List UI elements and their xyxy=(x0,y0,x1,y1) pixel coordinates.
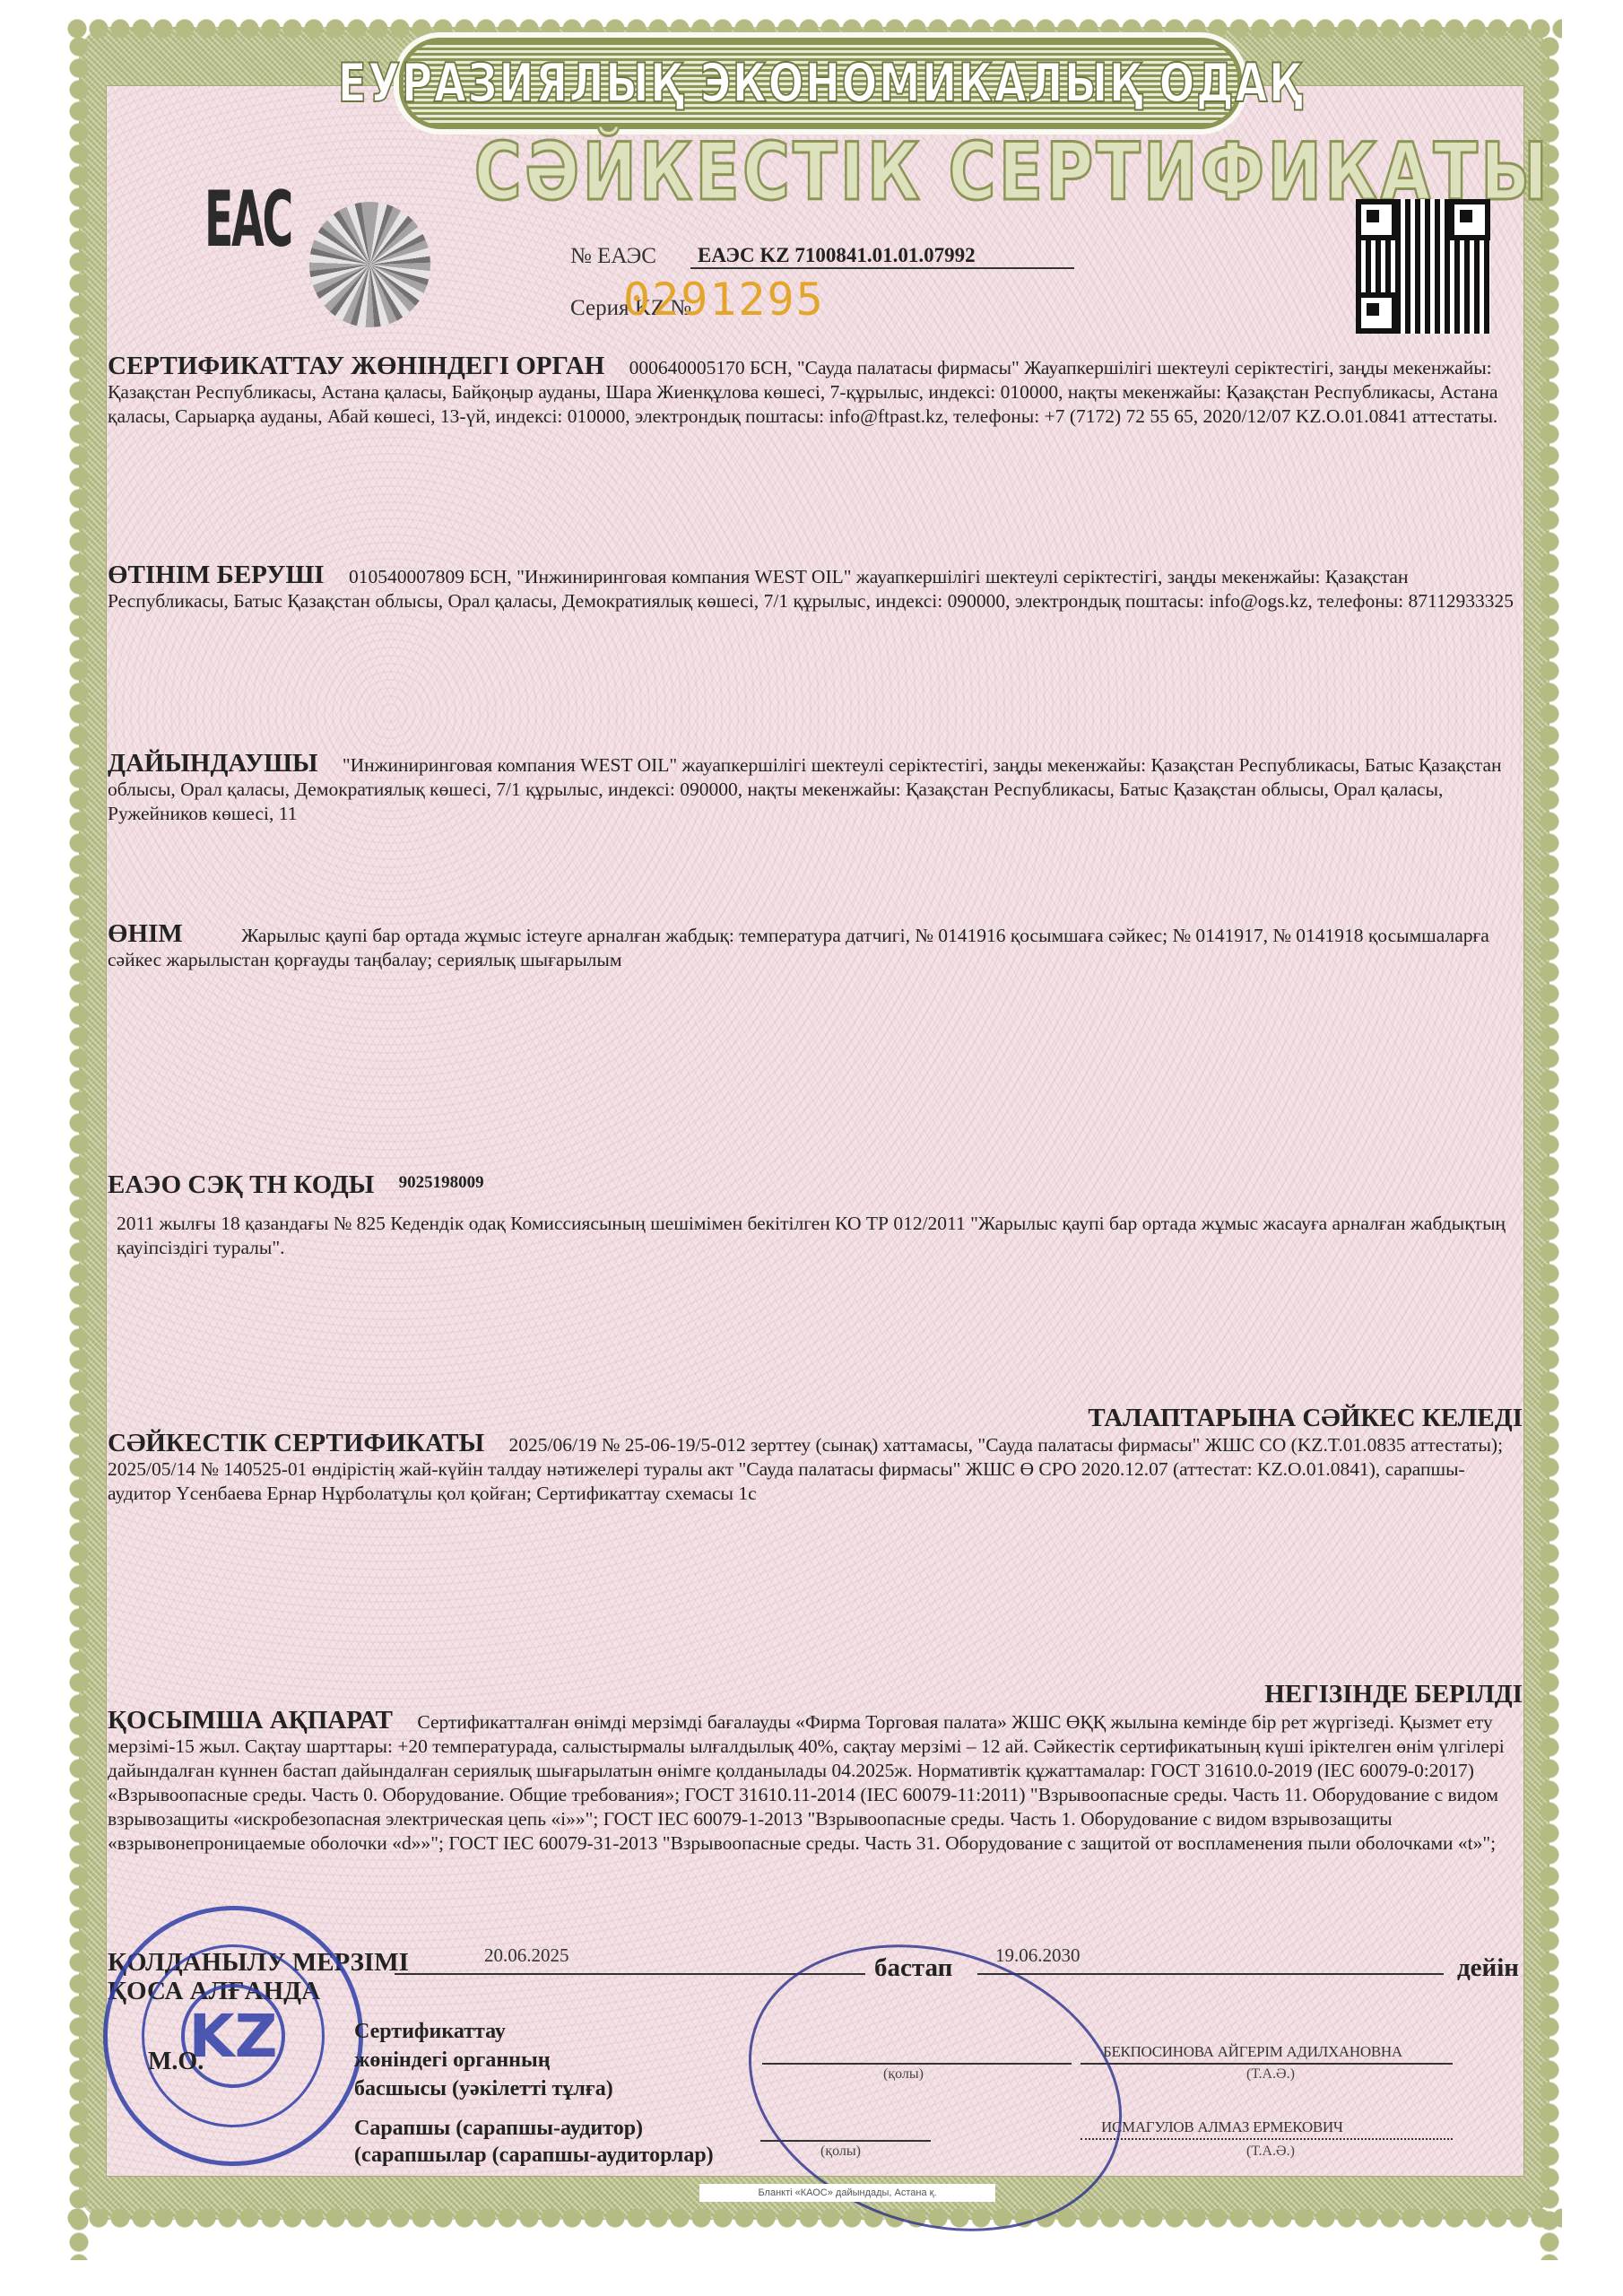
expert-name-caption: (Т.А.Ә.) xyxy=(1246,2144,1295,2160)
certification-body-section: СЕРТИФИКАТТАУ ЖӨНІНДЕГІ ОРГАН 0006400051… xyxy=(108,354,1524,429)
hologram-seal-icon xyxy=(309,202,430,327)
applicant-heading: ӨТІНІМ БЕРУШІ xyxy=(108,561,325,589)
stamp-place-label: М.О. xyxy=(148,2048,204,2075)
head-name-line xyxy=(1081,2063,1453,2065)
eac-logo-icon: EAC xyxy=(204,175,260,281)
product-heading: ӨНІМ xyxy=(108,919,183,948)
expert-role-line2: (сарапшылар (сарапшы-аудиторлар) xyxy=(354,2142,714,2169)
conformity-section: СӘЙКЕСТІК СЕРТИФИКАТЫ 2025/06/19 № 25-06… xyxy=(108,1431,1524,1506)
certification-body-heading: СЕРТИФИКАТТАУ ЖӨНІНДЕГІ ОРГАН xyxy=(108,352,604,380)
frame-scallop-right xyxy=(1539,36,1560,2260)
printer-note: Бланкті «КАОС» дайындады, Астана қ. xyxy=(699,2184,995,2202)
series-number: 0291295 xyxy=(623,274,825,326)
manufacturer-heading: ДАЙЫНДАУШЫ xyxy=(108,749,317,778)
certificate-title: СӘЙКЕСТІК СЕРТИФИКАТЫ xyxy=(474,126,1159,218)
product-section: ӨНІМ Жарылыс қаупі бар ортада жұмыс істе… xyxy=(108,922,1524,972)
head-role-line2: жөніндегі органның xyxy=(354,2047,551,2074)
head-role-line3: басшысы (уәкілетті тұлға) xyxy=(354,2075,613,2102)
union-banner-text: ЕУРАЗИЯЛЫҚ ЭКОНОМИКАЛЫҚ ОДАҚ xyxy=(338,52,1303,115)
qr-finder-icon xyxy=(1449,199,1490,240)
to-date-line xyxy=(977,1973,1444,1975)
expert-name: ИСМАГУЛОВ АЛМАЗ ЕРМЕКОВИЧ xyxy=(1101,2118,1343,2136)
validity-to-label: дейін xyxy=(1457,1953,1519,1983)
tn-code-section: ЕАЭО СЭҚ ТН КОДЫ 9025198009 2011 жылғы 1… xyxy=(108,1170,1524,1260)
validity-from-date: 20.06.2025 xyxy=(484,1944,569,1967)
additional-info-section: ҚОСЫМША АҚПАРАТ Сертификатталған өнімді … xyxy=(108,1709,1524,1856)
qr-code-icon[interactable] xyxy=(1356,199,1490,334)
applicant-section: ӨТІНІМ БЕРУШІ 010540007809 БСН, "Инжинир… xyxy=(108,563,1524,613)
validity-to-date: 19.06.2030 xyxy=(995,1944,1081,1967)
head-name-caption: (Т.А.Ә.) xyxy=(1246,2066,1295,2083)
qr-finder-icon xyxy=(1356,199,1397,240)
head-role-line1: Сертификаттау xyxy=(354,2018,506,2045)
official-stamp-icon: KZ xyxy=(103,1906,363,2166)
additional-info-heading: ҚОСЫМША АҚПАРАТ xyxy=(108,1706,393,1735)
conformity-heading: СӘЙКЕСТІК СЕРТИФИКАТЫ xyxy=(108,1429,484,1457)
conformity-right-heading: ТАЛАПТАРЫНА СӘЙКЕС КЕЛЕДІ xyxy=(1088,1404,1523,1433)
head-name: БЕКПОСИНОВА АЙГЕРІМ АДИЛХАНОВНА xyxy=(1103,2043,1402,2061)
product-text: Жарылыс қаупі бар ортада жұмыс істеуге а… xyxy=(108,925,1489,970)
tn-code-value: 9025198009 xyxy=(399,1173,484,1192)
additional-info-right-heading: НЕГІЗІНДЕ БЕРІЛДІ xyxy=(1264,1680,1523,1709)
tn-code-heading: ЕАЭО СЭҚ ТН КОДЫ xyxy=(108,1170,374,1199)
registration-label: № ЕАЭС xyxy=(570,244,656,269)
regulation-text: 2011 жылғы 18 қазандағы № 825 Кедендік о… xyxy=(108,1212,1524,1260)
registration-number: ЕАЭС KZ 7100841.01.01.07992 xyxy=(690,244,1074,269)
expert-role-line1: Сарапшы (сарапшы-аудитор) xyxy=(354,2115,643,2142)
manufacturer-section: ДАЙЫНДАУШЫ "Инжиниринговая компания WEST… xyxy=(108,752,1524,826)
expert-name-line xyxy=(1081,2138,1453,2140)
frame-scallop-left xyxy=(68,36,90,2260)
qr-finder-icon xyxy=(1356,292,1397,334)
union-banner: ЕУРАЗИЯЛЫҚ ЭКОНОМИКАЛЫҚ ОДАҚ xyxy=(399,38,1242,129)
